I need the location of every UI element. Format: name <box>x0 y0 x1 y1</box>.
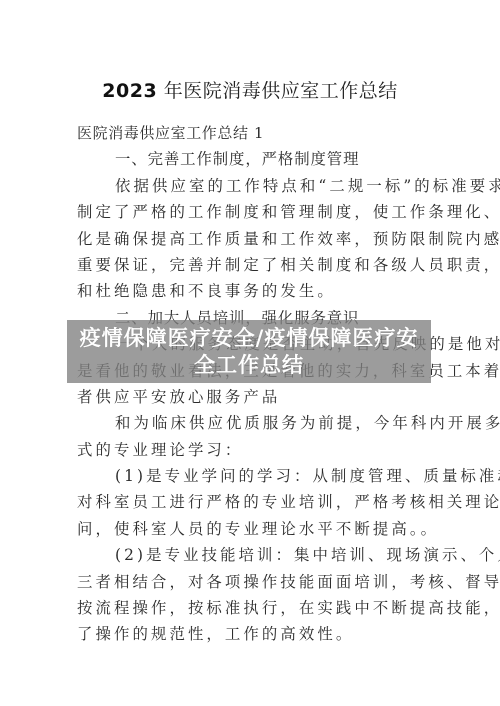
overlay-title-line-2: 全工作总结 <box>194 352 304 379</box>
paragraph-line: 按流程操作，按标准执行，在实践中不断提高技能，确保 <box>77 595 437 621</box>
paragraph-line: 对科室员工进行严格的专业培训，严格考核相关理论学 <box>77 489 437 515</box>
paragraph-line: 了操作的规范性，工作的高效性。 <box>77 621 437 647</box>
document-page: 2023 年医院消毒供应室工作总结 医院消毒供应室工作总结 1 一、完善工作制度… <box>0 0 500 706</box>
title-year: 2023 <box>102 80 157 102</box>
paragraph-line: 和为临床供应优质服务为前提，今年科内开展多种形 <box>77 410 437 436</box>
paragraph-line: (1)是专业学问的学习：从制度管理、质量标准动身， <box>77 463 437 489</box>
paragraph-line: 制定了严格的工作制度和管理制度，使工作条理化、制度 <box>77 199 437 225</box>
paragraph-line: 式的专业理论学习： <box>77 437 437 463</box>
overlay-title-line-1: 疫情保障医疗安全/疫情保障医疗安 <box>80 325 419 352</box>
document-title: 2023 年医院消毒供应室工作总结 <box>0 79 500 103</box>
paragraph-line: 依据供应室的工作特点和“二规一标”的标准要求， <box>77 173 437 199</box>
paragraph-line: (2)是专业技能培训：集中培训、现场演示、个人指导 <box>77 542 437 568</box>
document-body: 医院消毒供应室工作总结 1 一、完善工作制度，严格制度管理 依据供应室的工作特点… <box>77 120 437 648</box>
paragraph-line: 问，使科室人员的专业理论水平不断提高。。 <box>77 516 437 542</box>
paragraph-line: 三者相结合，对各项操作技能面面培训，考核、督导员工 <box>77 569 437 595</box>
overlay-title-banner: 疫情保障医疗安全/疫情保障医疗安 全工作总结 <box>67 320 431 383</box>
section-heading-1: 一、完善工作制度，严格制度管理 <box>77 146 437 172</box>
paragraph-line: 和杜绝隐患和不良事务的发生。 <box>77 278 437 304</box>
section-subtitle: 医院消毒供应室工作总结 1 <box>77 120 437 146</box>
paragraph-line: 者供应平安放心服务产品 <box>77 384 437 410</box>
paragraph-line: 化是确保提高工作质量和工作效率，预防限制院内感染的 <box>77 226 437 252</box>
title-text: 年医院消毒供应室工作总结 <box>157 80 398 102</box>
paragraph-line: 重要保证，完善并制定了相关制度和各级人员职责，防止 <box>77 252 437 278</box>
